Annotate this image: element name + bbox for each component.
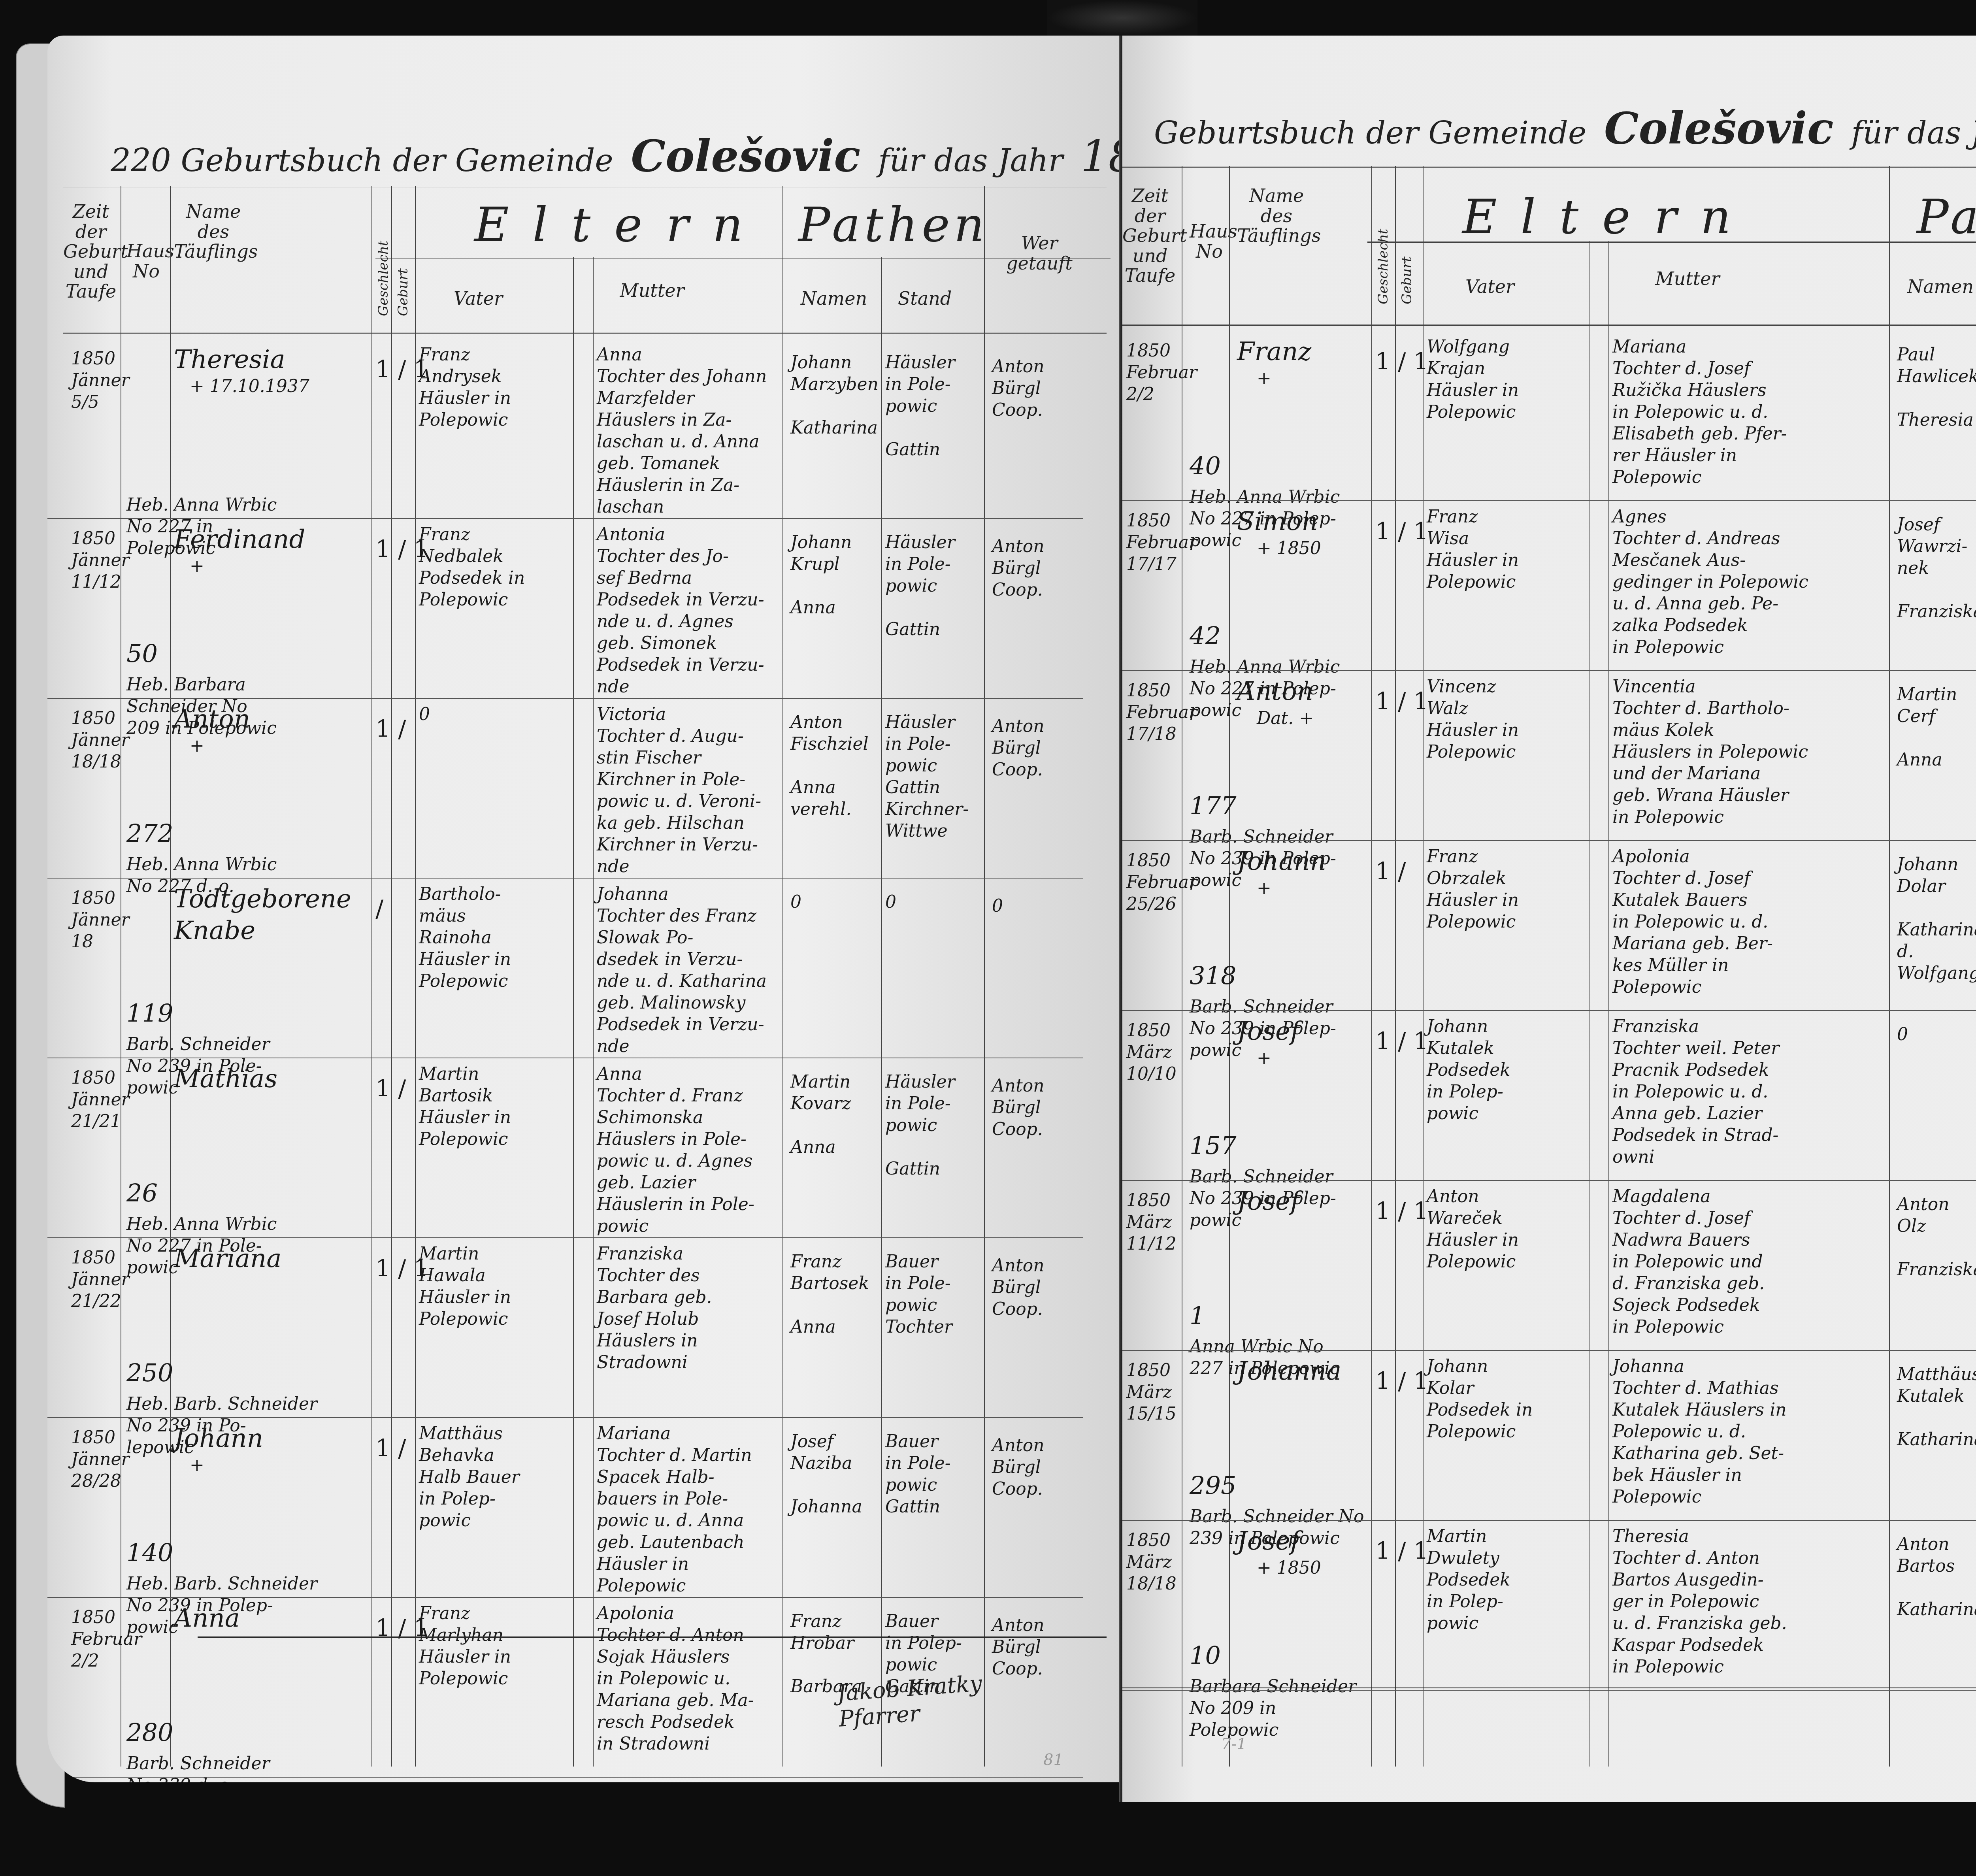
father: 0 <box>419 703 573 725</box>
entry-separator <box>47 518 1083 519</box>
death-note: + <box>190 1454 364 1476</box>
register-entry: 1850 März 10/10157Josef+Barb. Schneider … <box>1122 1012 1976 1182</box>
father: Franz Nedbalek Podsedek in Polepowic <box>419 524 573 611</box>
birth-date: 1850 Jänner 28/28 <box>71 1427 123 1492</box>
pastor-signature: Jakob Kratky Pfarrer <box>836 1670 984 1732</box>
birth-date: 1850 Februar 25/26 <box>1126 850 1178 915</box>
birth-date: 1850 Februar 2/2 <box>71 1606 123 1672</box>
birth-date: 1850 Februar 2/2 <box>1126 340 1178 405</box>
godparent-name: Anton Fischziel Anna verehl. <box>790 711 881 820</box>
child-name: Mathias <box>174 1063 364 1095</box>
mother: Franziska Tochter des Barbara geb. Josef… <box>597 1243 782 1373</box>
midwife: Barb. Schneider No 239 d. o. <box>126 1753 371 1782</box>
mother: Vincentia Tochter d. Bartholo- mäus Kole… <box>1612 676 1885 828</box>
birth-date: 1850 März 10/10 <box>1126 1020 1178 1085</box>
house-number: 318 <box>1190 960 1229 991</box>
child-name: Theresia <box>174 344 364 375</box>
birth-date: 1850 Jänner 11/12 <box>71 528 123 593</box>
birth-date: 1850 Jänner 18 <box>71 887 123 952</box>
sex-legitimacy-marks: / <box>375 895 383 923</box>
title-prefix: Geburtsbuch der Gemeinde <box>181 143 613 179</box>
father: Vincenz Walz Häusler in Polepowic <box>1427 676 1585 763</box>
col-parents: Eltern <box>1462 190 1755 245</box>
death-note: + <box>1257 1047 1367 1069</box>
child-name: Simon <box>1237 506 1371 537</box>
register-entry: 1850 Februar 2/240Franz+Heb. Anna Wrbic … <box>1122 332 1976 502</box>
godparent-name: Johann Dolar Katharina d. Wolfgang <box>1897 854 1976 984</box>
godparent-name: Johann Marzyben Katharina <box>790 352 881 439</box>
register-entry: 1850 März 11/121JosefAnna Wrbic No 227 i… <box>1122 1182 1976 1352</box>
mother: Theresia Tochter d. Anton Bartos Ausgedi… <box>1612 1525 1885 1678</box>
child-name: Todtgeborene Knabe <box>174 883 364 946</box>
register-entry: 1850 Jänner 28/28140Johann+Heb. Barb. Sc… <box>47 1419 1122 1599</box>
col-house: Haus No <box>1190 221 1229 261</box>
header-rule <box>63 186 1107 187</box>
entry-separator <box>47 1777 1083 1778</box>
col-legit: Geburt <box>395 198 411 316</box>
birth-date: 1850 Jänner 5/5 <box>71 348 123 413</box>
mother: Agnes Tochter d. Andreas Mesčanek Aus- g… <box>1612 506 1885 658</box>
mother: Anna Tochter des Johann Marzfelder Häusl… <box>597 344 782 518</box>
birth-date: 1850 März 11/12 <box>1126 1190 1178 1255</box>
register-entry: 1850 Jänner 11/1250Ferdinand+Heb. Barbar… <box>47 520 1122 699</box>
birth-date: 1850 März 18/18 <box>1126 1529 1178 1595</box>
father: Martin Hawala Häusler in Polepowic <box>419 1243 573 1330</box>
register-entry: 1850 März 18/1810Josef+ 1850Barbara Schn… <box>1122 1522 1976 1691</box>
col-house: Haus No <box>126 241 166 281</box>
closing-rule <box>198 1636 1107 1638</box>
death-note: Dat. + <box>1257 707 1367 729</box>
sex-legitimacy-marks: 1 / 1 <box>1375 688 1429 715</box>
mother: Apolonia Tochter d. Josef Kutalek Bauers… <box>1612 846 1885 998</box>
godparent-name: Anton Olz Franziska <box>1897 1193 1976 1280</box>
death-note: + <box>1257 877 1367 899</box>
baptizer: 0 <box>992 895 1087 917</box>
birth-date: 1850 Jänner 21/22 <box>71 1247 123 1312</box>
godparent-status: Häusler in Pole- powic Gattin Kirchner- … <box>885 711 980 842</box>
sex-legitimacy-marks: 1 / <box>375 715 406 743</box>
entry-separator <box>1122 1010 1976 1011</box>
entry-separator <box>47 1237 1083 1238</box>
godparent-name: Johann Krupl Anna <box>790 532 881 618</box>
godparent-name: Martin Kovarz Anna <box>790 1071 881 1158</box>
birth-date: 1850 Februar 17/18 <box>1126 680 1178 745</box>
child-name: Josef <box>1237 1016 1371 1047</box>
col-mother: Mutter <box>1628 269 1747 289</box>
register-entry: 1850 Februar 25/26318Johann+Barb. Schnei… <box>1122 842 1976 1012</box>
book-spread: 220 Geburtsbuch der Gemeinde Colešovic f… <box>0 0 1976 1876</box>
col-father: Vater <box>1439 277 1541 297</box>
col-baptizer: Wer getauft <box>996 233 1083 273</box>
father: Anton Wareček Häusler in Polepowic <box>1427 1186 1585 1273</box>
father: Johann Kutalek Podsedek in Polep- powic <box>1427 1016 1585 1124</box>
sex-legitimacy-marks: 1 / 1 <box>1375 1367 1429 1395</box>
register-entry: 1850 Jänner 21/22250MarianaHeb. Barb. Sc… <box>47 1239 1122 1419</box>
register-entry: 1850 Februar 17/1742Simon+ 1850Heb. Anna… <box>1122 502 1976 672</box>
godparent-status: Bauer in Pole- powic Tochter <box>885 1251 980 1338</box>
child-name: Johann <box>1237 846 1371 877</box>
baptizer: Anton Bürgl Coop. <box>992 715 1087 781</box>
pencil-note: 7-1 <box>1221 1735 1246 1753</box>
mother: Mariana Tochter d. Martin Spacek Halb- b… <box>597 1423 782 1597</box>
death-note: + 1850 <box>1257 537 1367 559</box>
baptizer: Anton Bürgl Coop. <box>992 356 1087 421</box>
entry-separator <box>1122 1350 1976 1351</box>
godparent-name: Josef Wawrzi- nek Franziska <box>1897 514 1976 622</box>
baptizer: Anton Bürgl Coop. <box>992 1255 1087 1320</box>
child-name: Franz <box>1237 336 1371 368</box>
mother: Johanna Tochter des Franz Slowak Po- dse… <box>597 883 782 1057</box>
col-mother: Mutter <box>593 281 711 301</box>
mother: Anna Tochter d. Franz Schimonska Häusler… <box>597 1063 782 1237</box>
father: Martin Dwulety Podsedek in Polep- powic <box>1427 1525 1585 1634</box>
house-number: 295 <box>1190 1470 1229 1501</box>
table-head-rule <box>1122 324 1976 326</box>
left-page: 220 Geburtsbuch der Gemeinde Colešovic f… <box>47 36 1122 1782</box>
col-parents: Eltern <box>474 198 767 253</box>
entry-separator <box>47 1417 1083 1418</box>
sex-legitimacy-marks: 1 / 1 <box>1375 1537 1429 1565</box>
godparent-name: 0 <box>1897 1024 1976 1045</box>
godparent-name: Matthäus Kutalek Katharina <box>1897 1363 1976 1450</box>
child-name: Mariana <box>174 1243 364 1275</box>
parish-name: Colešovic <box>1604 103 1834 154</box>
sex-legitimacy-marks: 1 / 1 <box>1375 1028 1429 1055</box>
register-entry: 1850 Jänner 18119Todtgeborene KnabeBarb.… <box>47 879 1122 1059</box>
house-number: 272 <box>126 818 166 849</box>
father: Martin Bartosik Häusler in Polepowic <box>419 1063 573 1150</box>
entry-separator <box>1122 840 1976 841</box>
baptizer: Anton Bürgl Coop. <box>992 535 1087 601</box>
death-note: + 1850 <box>1257 1557 1367 1579</box>
col-godparents: Pathen <box>798 198 988 253</box>
entry-separator <box>47 1597 1083 1598</box>
col-father: Vater <box>427 288 530 309</box>
father: Bartholo- mäus Rainoha Häusler in Polepo… <box>419 883 573 992</box>
godparent-name: 0 <box>790 891 881 913</box>
entry-separator <box>47 878 1083 879</box>
father: Franz Wisa Häusler in Polepowic <box>1427 506 1585 593</box>
child-name: Anna <box>174 1603 364 1634</box>
baptizer: Anton Bürgl Coop. <box>992 1435 1087 1500</box>
entry-separator <box>47 1058 1083 1058</box>
right-page: Geburtsbuch der Gemeinde Colešovic für d… <box>1122 36 1976 1802</box>
father: Johann Kolar Podsedek in Polepowic <box>1427 1356 1585 1442</box>
register-year: 1850 <box>1081 131 1122 181</box>
child-name: Johann <box>174 1423 364 1454</box>
birth-date: 1850 Jänner 21/21 <box>71 1067 123 1132</box>
child-name: Johanna <box>1237 1356 1371 1387</box>
sex-legitimacy-marks: 1 / <box>375 1075 406 1103</box>
house-number: 26 <box>126 1178 166 1209</box>
entry-separator <box>1122 1690 1976 1691</box>
register-entry: 1850 Jänner 5/5Theresia+ 17.10.1937Heb. … <box>47 340 1122 520</box>
godparent-name: Martin Cerf Anna <box>1897 684 1976 771</box>
mother: Apolonia Tochter d. Anton Sojak Häuslers… <box>597 1603 782 1755</box>
child-name: Ferdinand <box>174 524 364 555</box>
house-number: 119 <box>126 998 166 1029</box>
house-number: 42 <box>1190 620 1229 651</box>
col-gp-name: Namen <box>1897 277 1976 297</box>
house-number: 177 <box>1190 790 1229 821</box>
godparent-name: Franz Bartosek Anna <box>790 1251 881 1338</box>
sex-legitimacy-marks: 1 / <box>1375 858 1406 885</box>
closing-rule <box>1122 1687 1976 1689</box>
col-child: Name des Täuflings <box>1237 186 1316 246</box>
baptizer: Anton Bürgl Coop. <box>992 1075 1087 1140</box>
mother: Victoria Tochter d. Augu- stin Fischer K… <box>597 703 782 877</box>
parish-name: Colešovic <box>631 130 861 181</box>
right-page-title: Geburtsbuch der Gemeinde Colešovic für d… <box>1154 103 1976 154</box>
col-sex: Geschlecht <box>1375 186 1391 304</box>
godparent-name: Anton Bartos Katharina <box>1897 1533 1976 1620</box>
house-number: 50 <box>126 638 166 669</box>
entry-separator <box>1122 670 1976 671</box>
sex-legitimacy-marks: 1 / 1 <box>1375 518 1429 545</box>
child-name: Anton <box>1237 676 1371 707</box>
col-legit: Geburt <box>1399 186 1415 304</box>
godparent-status: Häusler in Pole- powic Gattin <box>885 352 980 460</box>
godparent-status: 0 <box>885 891 980 913</box>
father: Franz Obrzalek Häusler in Polepowic <box>1427 846 1585 933</box>
birth-date: 1850 März 15/15 <box>1126 1359 1178 1425</box>
house-number: 10 <box>1190 1640 1229 1671</box>
death-note: + <box>190 735 364 757</box>
child-name: Josef <box>1237 1186 1371 1217</box>
birth-date: 1850 Jänner 18/18 <box>71 707 123 773</box>
register-entry: 1850 Jänner 21/2126MathiasHeb. Anna Wrbi… <box>47 1059 1122 1239</box>
father: Matthäus Behavka Halb Bauer in Polep- po… <box>419 1423 573 1531</box>
register-entry: 1850 Februar 17/18177AntonDat. +Barb. Sc… <box>1122 672 1976 842</box>
title-suffix: für das Jahr <box>878 143 1063 179</box>
father: Wolfgang Krajan Häusler in Polepowic <box>1427 336 1585 423</box>
child-name: Anton <box>174 703 364 735</box>
title-suffix: für das Jahr <box>1851 115 1976 151</box>
midwife: Barbara Schneider No 209 in Polepowic <box>1190 1676 1367 1741</box>
godparent-status: Bauer in Pole- powic Gattin <box>885 1431 980 1518</box>
col-date: Zeit der Geburt und Taufe <box>63 202 119 302</box>
col-sex: Geschlecht <box>375 198 391 316</box>
house-number: 157 <box>1190 1130 1229 1161</box>
godparent-name: Josef Naziba Johanna <box>790 1431 881 1518</box>
book-binding <box>1047 0 1197 36</box>
table-head-rule <box>63 332 1107 334</box>
page-number: 220 <box>111 142 171 179</box>
col-date: Zeit der Geburt und Taufe <box>1122 186 1178 286</box>
entry-separator <box>1122 500 1976 501</box>
title-prefix: Geburtsbuch der Gemeinde <box>1154 115 1586 151</box>
header-rule <box>1122 166 1976 168</box>
register-entry: 1850 März 15/15295JohannaBarb. Schneider… <box>1122 1352 1976 1522</box>
baptizer: Anton Bürgl Coop. <box>992 1614 1087 1680</box>
death-note: + 17.10.1937 <box>190 375 364 397</box>
entry-separator <box>1122 1520 1976 1521</box>
entry-separator <box>1122 1180 1976 1181</box>
mother: Johanna Tochter d. Mathias Kutalek Häusl… <box>1612 1356 1885 1508</box>
sex-legitimacy-marks: 1 / 1 <box>1375 1197 1429 1225</box>
pencil-note: 81 <box>1043 1751 1063 1769</box>
col-gp-status: Stand <box>881 288 968 309</box>
child-name: Josef <box>1237 1525 1371 1557</box>
entry-separator <box>47 698 1083 699</box>
left-page-title: 220 Geburtsbuch der Gemeinde Colešovic f… <box>111 130 1122 181</box>
godparent-name: Paul Hawlicek Theresia <box>1897 344 1976 431</box>
mother: Mariana Tochter d. Josef Ružička Häusler… <box>1612 336 1885 488</box>
sex-legitimacy-marks: 1 / 1 <box>1375 348 1429 375</box>
father: Franz Marlyhan Häusler in Polepowic <box>419 1603 573 1689</box>
register-entry: 1850 Jänner 18/18272Anton+Heb. Anna Wrbi… <box>47 699 1122 879</box>
mother: Franziska Tochter weil. Peter Pracnik Po… <box>1612 1016 1885 1168</box>
house-number: 40 <box>1190 451 1229 481</box>
house-number: 1 <box>1190 1300 1229 1331</box>
death-note: + <box>1257 368 1367 389</box>
col-godparents: Pathen <box>1917 190 1976 245</box>
mother: Antonia Tochter des Jo- sef Bedrna Podse… <box>597 524 782 698</box>
birth-date: 1850 Februar 17/17 <box>1126 510 1178 575</box>
godparent-status: Häusler in Pole- powic Gattin <box>885 1071 980 1180</box>
col-gp-name: Namen <box>790 288 877 309</box>
sex-legitimacy-marks: 1 / <box>375 1435 406 1462</box>
father: Franz Andrysek Häusler in Polepowic <box>419 344 573 431</box>
col-child: Name des Täuflings <box>174 202 253 262</box>
house-number: 250 <box>126 1358 166 1388</box>
godparent-status: Häusler in Pole- powic Gattin <box>885 532 980 640</box>
mother: Magdalena Tochter d. Josef Nadwra Bauers… <box>1612 1186 1885 1338</box>
house-number: 140 <box>126 1537 166 1568</box>
death-note: + <box>190 555 364 577</box>
house-number: 280 <box>126 1717 166 1748</box>
